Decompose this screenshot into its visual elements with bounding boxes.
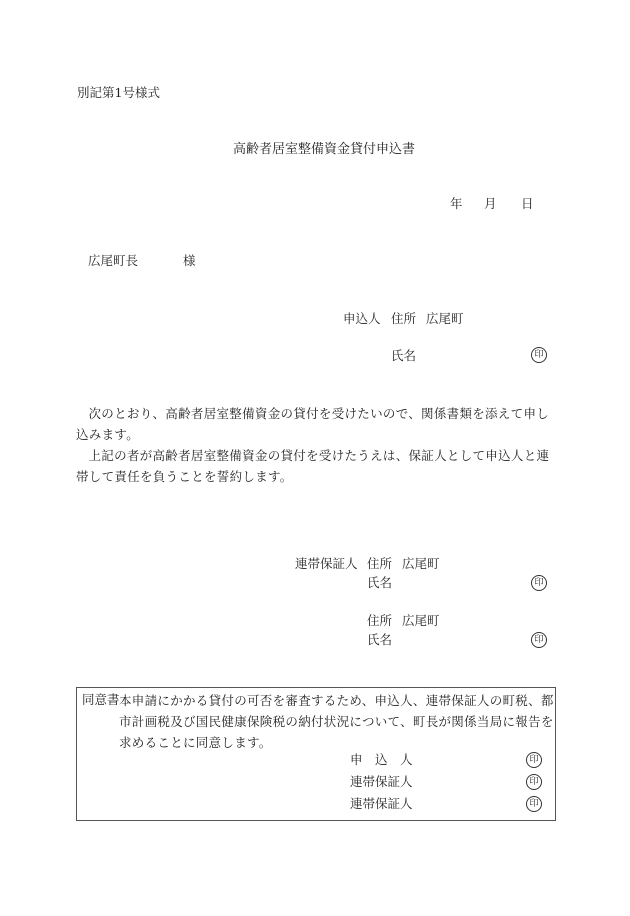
applicant-address-value: 広尾町 [426,313,464,326]
guarantor-1-name-label: 氏名 [367,577,392,590]
seal-icon: 印 [526,752,542,768]
consent-guarantor-1-label: 連帯保証人 [350,776,413,789]
seal-icon: 印 [531,575,547,591]
addressee-honorific: 様 [183,255,196,268]
addressee-name: 広尾町長 [88,255,138,268]
guarantor-label: 連帯保証人 [295,558,358,571]
date-month-label: 月 [484,198,497,211]
seal-icon: 印 [526,796,542,812]
seal-icon: 印 [531,632,547,648]
guarantor-2-address-value: 広尾町 [402,615,440,628]
document-title: 高齢者居室整備資金貸付申込書 [233,143,415,156]
guarantor-1-address-label: 住所 [367,558,392,571]
applicant-name-label: 氏名 [391,350,416,363]
consent-text: 本申請にかかる貸付の可否を審査するため、申込人、連帯保証人の町税、都市計画税及び… [119,690,555,753]
guarantor-pledge: 上記の者が高齢者居室整備資金の貸付を受けたうえは、保証人として申込人と連帯して責… [76,445,560,487]
guarantor-1-address-value: 広尾町 [402,558,440,571]
date-day-label: 日 [521,198,534,211]
guarantor-2-address-label: 住所 [367,615,392,628]
consent-label: 同意書 [82,694,120,707]
consent-applicant-label: 申 込 人 [350,754,413,767]
seal-icon: 印 [531,347,547,363]
consent-guarantor-2-label: 連帯保証人 [350,798,413,811]
form-number: 別記第1号様式 [77,87,160,100]
applicant-address-label: 住所 [391,313,416,326]
applicant-label: 申込人 [343,313,381,326]
guarantor-2-name-label: 氏名 [367,634,392,647]
application-statement: 次のとおり、高齢者居室整備資金の貸付を受けたいので、関係書類を添えて申し込みます… [76,403,560,445]
seal-icon: 印 [526,774,542,790]
date-year-label: 年 [450,198,463,211]
